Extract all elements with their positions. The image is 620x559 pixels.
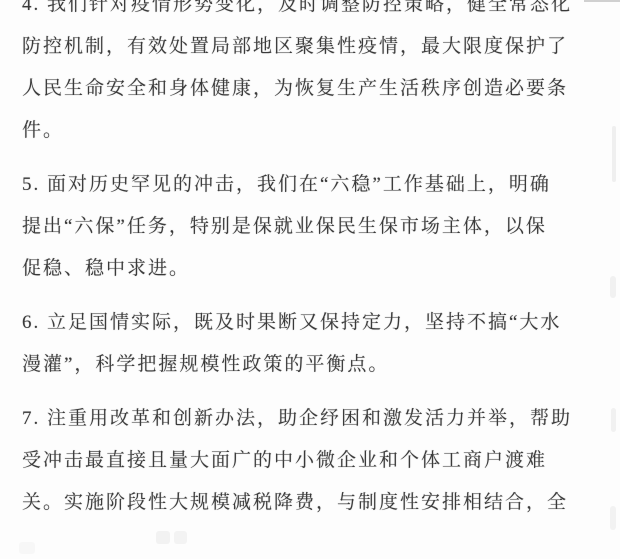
- paragraph-item-5: 5. 面对历史罕见的冲击，我们在“六稳”工作基础上，明确 提出“六保”任务，特别…: [22, 164, 608, 290]
- text-line: 件。: [22, 110, 608, 152]
- scan-streak: [611, 408, 616, 432]
- scan-streak: [610, 506, 616, 530]
- text-line: 关。实施阶段性大规模减税降费，与制度性安排相结合，全: [22, 482, 608, 524]
- text-line: 7. 注重用改革和创新办法，助企纾困和激发活力并举，帮助: [22, 398, 608, 440]
- text-line: 漫灌”，科学把握规模性政策的平衡点。: [22, 344, 608, 386]
- bleedthrough-smudge: [19, 542, 35, 554]
- scan-streak: [610, 276, 616, 298]
- text-line: 人民生命安全和身体健康，为恢复生产生活秩序创造必要条: [22, 68, 608, 110]
- scan-streak: [612, 126, 616, 182]
- paragraph-item-4: 4. 我们针对疫情形势变化，及时调整防控策略，健全常态化 防控机制，有效处置局部…: [22, 0, 608, 152]
- text-line: 5. 面对历史罕见的冲击，我们在“六稳”工作基础上，明确: [22, 164, 608, 206]
- paragraph-item-6: 6. 立足国情实际，既及时果断又保持定力，坚持不搞“大水 漫灌”，科学把握规模性…: [22, 302, 608, 386]
- text-line: 受冲击最直接且量大面广的中小微企业和个体工商户渡难: [22, 440, 608, 482]
- paragraph-item-7: 7. 注重用改革和创新办法，助企纾困和激发活力并举，帮助 受冲击最直接且量大面广…: [22, 398, 608, 524]
- text-line: 提出“六保”任务，特别是保就业保民生保市场主体，以保: [22, 206, 608, 248]
- document-text: 4. 我们针对疫情形势变化，及时调整防控策略，健全常态化 防控机制，有效处置局部…: [22, 0, 608, 536]
- text-line: 6. 立足国情实际，既及时果断又保持定力，坚持不搞“大水: [22, 302, 608, 344]
- text-line: 防控机制，有效处置局部地区聚集性疫情，最大限度保护了: [22, 26, 608, 68]
- text-line: 4. 我们针对疫情形势变化，及时调整防控策略，健全常态化: [22, 0, 608, 26]
- text-line: 促稳、稳中求进。: [22, 248, 608, 290]
- document-page: 4. 我们针对疫情形势变化，及时调整防控策略，健全常态化 防控机制，有效处置局部…: [0, 0, 620, 559]
